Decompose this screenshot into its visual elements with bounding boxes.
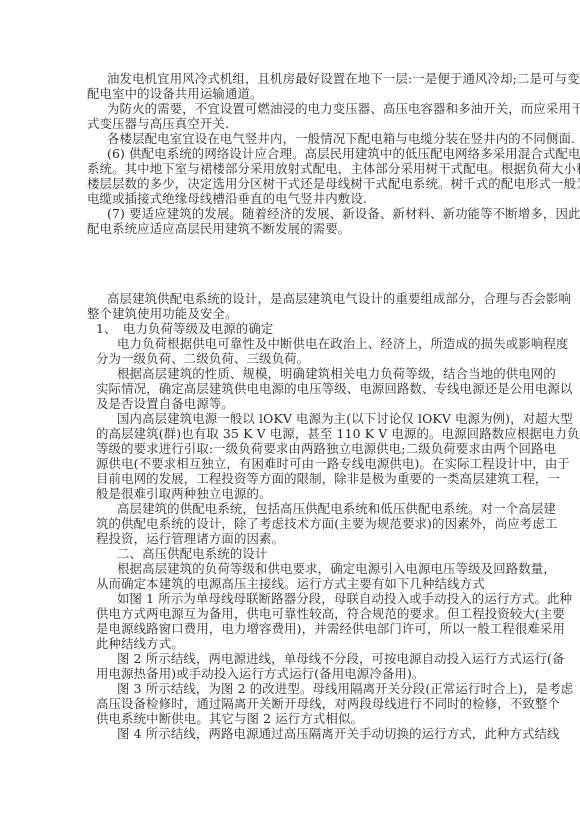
text-line: 式变压器与高压真空开关. [87,116,493,131]
text-line: 源供电(不要求相互独立，有困难时可由一路专线电源供电)。在实际工程设计中，由于 [87,456,493,471]
text-line: 筑的供配电系统的设计，除了考虑技术方面(主要为规范要求)的因素外，尚应考虑工 [87,516,493,531]
text-line: 程投资，运行管理诸方面的因素。 [87,531,493,546]
text-line: 供电方式两电源互为备用，供电可靠性较高，符合规范的要求。但工程投资较大(主要 [87,606,493,621]
text-line: 图 3 所示结线，为图 2 的改进型。母线用隔离开关分段(正常运行时合上)，是考… [87,681,493,696]
text-line: 国内高层建筑电源一般以 lOKV 电源为主(以下讨论仅 lOKV 电源为例)，对… [87,411,493,426]
text-line: 电缆或插接式绝缘母线槽沿垂直的电气竖井内敷设. [87,191,493,206]
text-line: 图 4 所示结线，两路电源通过高压隔离开关手动切换的运行方式，此种方式结线 [87,726,493,741]
text-line: 高层建筑供配电系统的设计，是高层建筑电气设计的重要组成部分，合理与否会影响 [87,291,493,306]
text-line: 配电室中的设备共用运输通道。 [87,86,493,101]
section-2-text: 高层建筑供配电系统的设计，是高层建筑电气设计的重要组成部分，合理与否会影响 整个… [87,291,493,741]
text-line: 及是否设置自备电源等。 [87,396,493,411]
text-line: 系统。其中地下室与裙楼部分采用放射式配电，主体部分采用树干式配电。根据负荷大小和 [87,161,493,176]
text-line: 油发电机宜用风冷式机组，且机房最好设置在地下一层:一是便于通风冷却;二是可与变 [87,71,493,86]
section-1-text: 油发电机宜用风冷式机组，且机房最好设置在地下一层:一是便于通风冷却;二是可与变 … [87,71,493,236]
text-line: 楼层层数的多少，决定选用分区树干式还是母线树干式配电系统。树千式的配电形式一般为 [87,176,493,191]
section-heading: 二、高压供配电系统的设计 [87,546,493,561]
text-line: 整个建筑使用功能及安全。 [87,306,493,321]
text-line: (6) 供配电系统的网络设计应合理。高层民用建筑中的低压配电网络多采用混合式配电 [87,146,493,161]
text-line: (7) 要适应建筑的发展。随着经济的发展、新设备、新材料、新功能等不断增多，因此… [87,206,493,221]
text-line: 般是很难引取两种独立电源的。 [87,486,493,501]
text-line: 电力负荷根据供电可靠性及中断供电在政治上、经济上，所造成的损失或影响程度 [87,336,493,351]
text-line: 是电源线路窗口费用，电力增容费用)，并需经供电部门许可，所以一般工程很难采用 [87,621,493,636]
document-page: 油发电机宜用风冷式机组，且机房最好设置在地下一层:一是便于通风冷却;二是可与变 … [0,0,580,820]
text-line: 为防火的需要，不宜设置可燃油浸的电力变压器、高压电容器和多油开关，而应采用干 [87,101,493,116]
text-line: 用电源热备用)或手动投入运行方式运行(备用电源冷备用)。 [87,666,493,681]
text-line: 供电系统中断供电。其它与图 2 运行方式相似。 [87,711,493,726]
text-line: 高压设备检修时，通过隔离开关断开母线，对两段母线进行不同时的检修，不致整个 [87,696,493,711]
text-line: 根据高层建筑的性质、规模，明确建筑相关电力负荷等级，结合当地的供电网的 [87,366,493,381]
text-line: 实际情况，确定高层建筑供电电源的电压等级、电源回路数、专线电源还是公用电源以 [87,381,493,396]
text-line: 等级的要求进行引取:一级负荷要求由两路独立电源供电;二级负荷要求由两个回路电 [87,441,493,456]
text-line: 的高层建筑(群)也有取 35 K V 电源，甚至 110 K V 电源的。电源回… [87,426,493,441]
text-line: 从而确定本建筑的电源高压主接线。运行方式主要有如下几种结线方式 [87,576,493,591]
text-line: 分为一级负荷、二级负荷、三级负荷。 [87,351,493,366]
section-heading: 1、 电力负荷等级及电源的确定 [87,321,493,336]
text-line: 各楼层配电室宜设在电气竖井内，一般情况下配电箱与电缆分装在竖井内的不同侧面. [87,131,493,146]
text-line: 此种结线方式。 [87,636,493,651]
text-line: 配电系统应适应高层民用建筑不断发展的需要。 [87,221,493,236]
text-line: 高层建筑的供配电系统，包括高压供配电系统和低压供配电系统。对一个高层建 [87,501,493,516]
text-line: 根据高层建筑的负荷等级和供电要求，确定电源引入电源电压等级及回路数量， [87,561,493,576]
text-line: 如图 1 所示为单母线母联断路器分段，母联自动投入或手动投入的运行方式。此种 [87,591,493,606]
text-line: 目前电网的发展，工程投资等方面的限制，除非是极为重要的一类高层建筑工程，一 [87,471,493,486]
text-line: 图 2 所示结线，两电源进线，单母线不分段，可按电源自动投入运行方式运行(备 [87,651,493,666]
